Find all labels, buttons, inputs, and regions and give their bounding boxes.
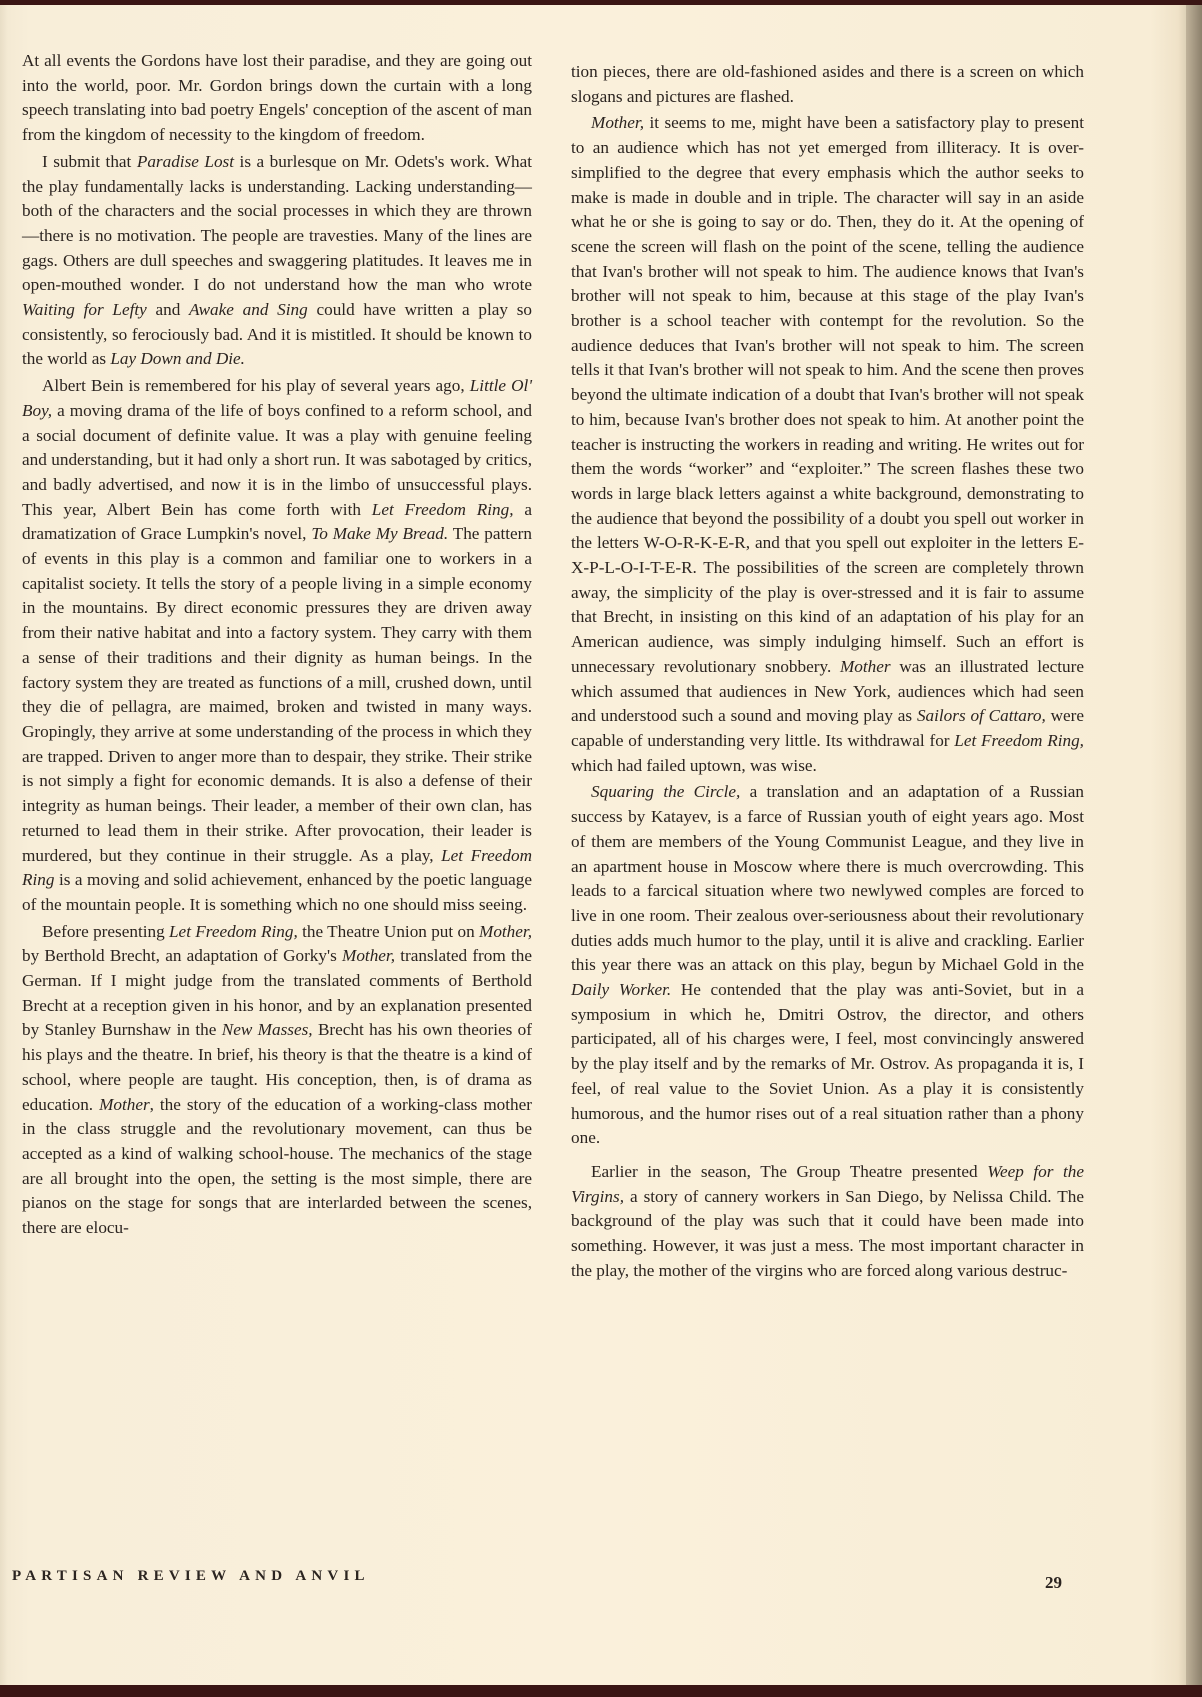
page-number: 29 [1045, 1573, 1062, 1593]
left-column: At all events the Gordons have lost thei… [22, 49, 532, 1243]
book-title: To Make My Bread. [311, 524, 448, 543]
paragraph: Squaring the Circle, a translation and a… [571, 780, 1084, 1151]
paragraph: Mother, it seems to me, might have been … [571, 111, 1084, 778]
play-title: Let Freedom Ring, [169, 922, 298, 941]
publication-footer: PARTISAN REVIEW AND ANVIL [12, 1568, 370, 1585]
paragraph: Before presenting Let Freedom Ring, the … [22, 920, 532, 1241]
right-column: tion pieces, there are old-fashioned asi… [571, 60, 1084, 1285]
paragraph: Albert Bein is remembered for his play o… [22, 374, 532, 917]
play-title: Waiting for Lefty [22, 300, 147, 319]
periodical-title: Daily Worker. [571, 980, 671, 999]
play-title: Mother, [479, 922, 532, 941]
play-title: Mother [840, 657, 891, 676]
book-title: Mother, [342, 946, 395, 965]
page-edge-shadow [1186, 5, 1202, 1685]
play-title: Awake and Sing [189, 300, 308, 319]
play-title: Mother [99, 1095, 150, 1114]
play-title: Let Freedom Ring, [954, 731, 1084, 750]
paragraph: I submit that Paradise Lost is a burlesq… [22, 150, 532, 372]
paragraph: tion pieces, there are old-fashioned asi… [571, 60, 1084, 109]
paragraph: At all events the Gordons have lost thei… [22, 49, 532, 148]
play-title: Mother, [591, 113, 644, 132]
play-title: Let Freedom Ring, [372, 500, 514, 519]
play-title: Lay Down and Die. [110, 349, 245, 368]
play-title: Paradise Lost [137, 152, 234, 171]
periodical-title: New Masses, [222, 1020, 313, 1039]
play-title: Sailors of Cattaro, [917, 706, 1046, 725]
paragraph: Earlier in the season, The Group Theatre… [571, 1160, 1084, 1284]
play-title: Squaring the Circle, [591, 782, 740, 801]
